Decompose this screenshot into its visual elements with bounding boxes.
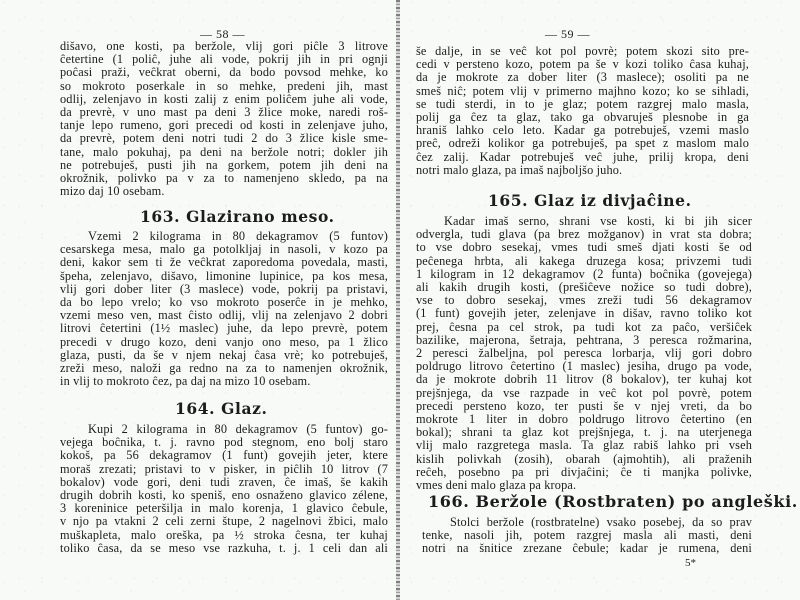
text-line: da prevrè, potem deni notri tudi 2 do 3 … xyxy=(60,132,388,145)
text-line: deni, kakor sem ti že veĉkrat zaporedoma… xyxy=(60,256,388,269)
page-number: — 59 — xyxy=(545,27,590,42)
text-line: tane, malo pokuhaj, pa deni na beržole n… xyxy=(60,146,388,159)
text-line: v njo pa vtakni 2 celi zerni štupe, 2 na… xyxy=(60,515,388,528)
text-line: litrovi ĉetertini (1½ maslec) juhe, da l… xyxy=(60,322,388,335)
text-line: da je mokrote dobrih 11 litrov (8 bokalo… xyxy=(416,373,752,386)
right-page: — 59 — še dalje, in se veĉ kot pol povrè… xyxy=(400,0,800,600)
text-line: so mokroto poserkale in so mehke, preden… xyxy=(60,80,388,93)
text-line: peĉenega hrbta, ali kakega druzega kosa;… xyxy=(416,255,752,268)
recipe-heading-163: 163. Glazirano meso. xyxy=(140,207,335,226)
text-line: notri malo glaza, pa imaš najboljšo juho… xyxy=(416,164,749,177)
text-line: ĉez zalij. Kadar potrebuješ veĉ juhe, pr… xyxy=(416,151,749,164)
text-line: in vlij to mokroto ĉez, pa daj na mizo 1… xyxy=(60,375,388,388)
left-page: — 58 — dišavo, one kosti, pa beržole, vl… xyxy=(0,0,396,600)
text-line: da je mokrote za dober liter (3 maslece)… xyxy=(416,71,749,84)
recipe-body-166: Stolci beržole (rostbratelne) vsako pose… xyxy=(422,516,752,556)
signature-mark: 5* xyxy=(685,557,696,569)
recipe-heading-164: 164. Glaz. xyxy=(175,399,268,418)
text-line: vmes deni malo glaza pa kropa. xyxy=(416,479,752,492)
book-spread: — 58 — dišavo, one kosti, pa beržole, vl… xyxy=(0,0,800,600)
text-line: kislih polivkah (zosih), obarah (ajmohti… xyxy=(416,453,752,466)
text-line: muškapleta, malo oreška, pa ½ stroka ĉes… xyxy=(60,529,388,542)
recipe-body-164: Kupi 2 kilograma in 80 dekagramov (5 fun… xyxy=(60,423,388,555)
text-line: smeš niĉ; potem vlij v primerno majhno k… xyxy=(416,85,749,98)
text-line: špeha, zelenjavo, dišavo, limonine lupin… xyxy=(60,270,388,283)
text-line: to vse dobro sesekaj, vmes tudi smeš dja… xyxy=(416,241,752,254)
text-line: precedi v drugo kozo, deni vanjo ono mes… xyxy=(60,336,388,349)
text-line: moraš zrezati; pristavi to v pisker, in … xyxy=(60,463,388,476)
text-line: (1 funt) govejih jeter, zelenjave in diš… xyxy=(416,307,752,320)
continuation-text: dišavo, one kosti, pa beržole, vlij gori… xyxy=(60,40,388,198)
text-line: prejšnjega, da vse razpade in veĉ kot po… xyxy=(416,387,752,400)
text-line: toliko ĉasa, da se meso vse razkuha, t. … xyxy=(60,542,388,555)
text-line: mizo daj 10 osebam. xyxy=(60,185,388,198)
recipe-heading-166: 166. Beržole (Rostbraten) po angleški. xyxy=(428,492,798,511)
text-line: kokoš, pa 56 dekagramov (1 funt) govejih… xyxy=(60,449,388,462)
recipe-body-163: Vzemi 2 kilograma in 80 dekagramov (5 fu… xyxy=(60,230,388,388)
text-line: vlij malo razgretega masla. Ta glaz rabi… xyxy=(416,439,752,452)
text-line: notri na šnitice zrezane ĉebule; kadar j… xyxy=(422,542,752,555)
text-line: poĉasi praži, veĉkrat oberni, da bodo po… xyxy=(60,66,388,79)
continuation-text: še dalje, in se veĉ kot pol povrè; potem… xyxy=(416,45,749,177)
text-line: preĉ, odreži kolikor ga potrebuješ, pa s… xyxy=(416,137,749,150)
recipe-body-165: Kadar imaš serno, shrani vse kosti, ki b… xyxy=(416,215,752,492)
recipe-heading-165: 165. Glaz iz divjaĉine. xyxy=(488,191,692,210)
text-line: prej, ĉesna pa cel strok, pa tudi kot za… xyxy=(416,321,752,334)
